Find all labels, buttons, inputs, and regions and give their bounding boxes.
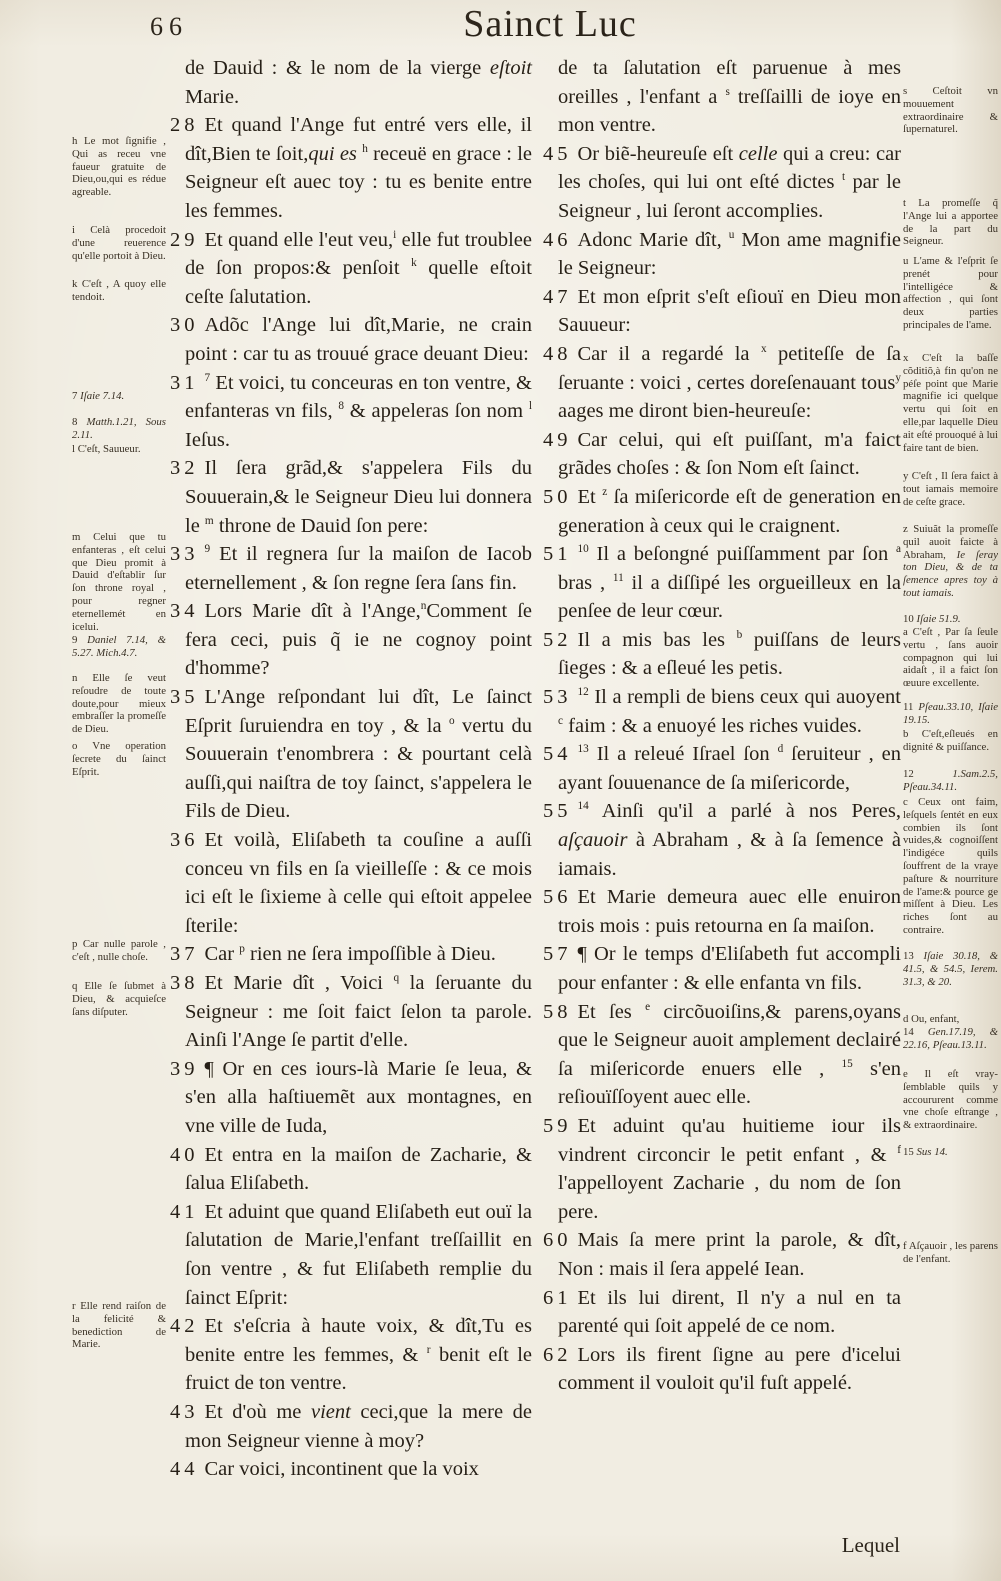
verse: 61Et ils lui dirent, Il n'y a nul en ta … — [543, 1284, 901, 1341]
verse-text: 7 Et voici, tu conceuras en ton ventre, … — [185, 372, 532, 451]
verse-text: Et mon eſprit s'eſt eſiouï en Dieu mon S… — [558, 286, 901, 337]
verse-number: 59 — [543, 1115, 578, 1137]
margin-note: p Car nulle parole , c'eſt , nulle choſe… — [72, 938, 166, 964]
verse-number: 43 — [170, 1401, 205, 1423]
page-title: Sainct Luc — [440, 2, 660, 46]
verse-text: Il ſera grãd,& s'appelera Fils du Souuer… — [185, 457, 532, 536]
verse: 5514 Ainſi qu'il a parlé à nos Peres, aſ… — [543, 797, 901, 883]
verse: 30Adõc l'Ange lui dît,Marie, ne crain po… — [170, 311, 532, 368]
verse-number: 44 — [170, 1458, 205, 1480]
margin-note: c Ceux ont faim, leſquels ſentét en eux … — [903, 796, 998, 937]
verse-text: Adõc l'Ange lui dît,Marie, ne crain poin… — [185, 314, 532, 365]
verse-text: Et quand l'Ange fut entré vers elle, il … — [185, 114, 532, 222]
verse-text: de Dauid : & le nom de la vierge eſtoit … — [185, 57, 532, 108]
verse-number: 55 — [543, 800, 578, 822]
margin-note: s Ceſtoit vn mouuement extraordinaire & … — [903, 85, 998, 136]
margin-note: y C'eſt , Il ſera faict à tout iamais me… — [903, 470, 998, 508]
verse-number: 29 — [170, 229, 205, 251]
verse-number: 38 — [170, 972, 205, 994]
verse-text: 12 Il a rempli de biens ceux qui auoyent… — [558, 686, 901, 737]
verse-number: 31 — [170, 372, 205, 394]
verse: 35L'Ange reſpondant lui dît, Le ſainct E… — [170, 683, 532, 826]
verse-number: 54 — [543, 743, 578, 765]
verse-number: 35 — [170, 686, 205, 708]
verse-number: 47 — [543, 286, 578, 308]
verse-text: Et quand elle l'eut veu,i elle fut troub… — [185, 229, 532, 308]
verse-number: 60 — [543, 1229, 578, 1251]
verse-number: 32 — [170, 457, 205, 479]
margin-note: u L'ame & l'eſprit ſe prenét pour l'inte… — [903, 255, 998, 332]
verse-text: Car voici, incontinent que la voix — [205, 1458, 479, 1480]
verse-text: Et entra en la maiſon de Zacharie, & ſal… — [185, 1144, 532, 1195]
margin-note: n Elle ſe veut reſoudre de toute doute,p… — [72, 672, 166, 736]
verse-text: Or biẽ-heureuſe eſt celle qui a creu: ca… — [558, 143, 901, 222]
verse: 42Et s'eſcria à haute voix, & dît,Tu es … — [170, 1312, 532, 1398]
margin-note: d Ou, enfant, — [903, 1013, 998, 1026]
verse: 339 Et il regnera ſur la maiſon de Iacob… — [170, 540, 532, 597]
verse: 34Lors Marie dît à l'Ange,nComment ſe fe… — [170, 597, 532, 683]
verse-text: de ta ſalutation eſt paruenue à mes orei… — [558, 57, 901, 136]
verse-number: 46 — [543, 229, 578, 251]
verse: de Dauid : & le nom de la vierge eſtoit … — [170, 54, 532, 111]
book-page: 66 Sainct Luc h Le mot ſignifie , Qui as… — [0, 0, 1001, 1581]
verse-number: 39 — [170, 1058, 205, 1080]
margin-note: 10 Iſaie 51.9. — [903, 613, 998, 626]
verse: 39¶ Or en ces iours-là Marie ſe leua, & … — [170, 1055, 532, 1141]
verse-text: Et s'eſcria à haute voix, & dît,Tu es be… — [185, 1315, 532, 1394]
verse-number: 40 — [170, 1144, 205, 1166]
verse-text: Adonc Marie dît, u Mon ame magnifie le S… — [558, 229, 901, 280]
margin-note: l C'eſt, Sauueur. — [72, 443, 166, 456]
verse: 56Et Marie demeura auec elle enuiron tro… — [543, 883, 901, 940]
verse: 45Or biẽ-heureuſe eſt celle qui a creu: … — [543, 140, 901, 226]
verse: 58Et ſes e circõuoiſins,& parens,oyans q… — [543, 998, 901, 1112]
margin-note: 15 Sus 14. — [903, 1146, 998, 1159]
margin-note: t La promeſſe q̃ l'Ange lui a apportee d… — [903, 197, 998, 248]
right-text-column: de ta ſalutation eſt paruenue à mes orei… — [543, 54, 901, 1398]
verse-number: 52 — [543, 629, 578, 651]
verse: 5110 Il a beſongné puiſſamment par ſon a… — [543, 540, 901, 626]
verse-text: 13 Il a releué Iſrael ſon d ſeruiteur , … — [558, 743, 901, 794]
margin-note: i Celà procedoit d'une reuerence qu'elle… — [72, 224, 166, 262]
verse-number: 36 — [170, 829, 205, 851]
verse-number: 50 — [543, 486, 578, 508]
verse-number: 34 — [170, 600, 205, 622]
verse-number: 58 — [543, 1001, 578, 1023]
margin-note: e Il eſt vray-ſemblable quils y accourur… — [903, 1068, 998, 1132]
verse-number: 61 — [543, 1287, 578, 1309]
verse-text: Il a mis bas les b puiſſans de leurs ſie… — [558, 629, 901, 680]
verse: 5312 Il a rempli de biens ceux qui auoye… — [543, 683, 901, 740]
margin-note: a C'eſt , Par ſa ſeule vertu , ſans auoi… — [903, 626, 998, 690]
verse-text: ¶ Or le temps d'Eliſabeth fut accompli p… — [558, 943, 901, 994]
margin-note: q Elle ſe ſubmet à Dieu, & acquieſce ſan… — [72, 980, 166, 1018]
verse-text: Lors Marie dît à l'Ange,nComment ſe fera… — [185, 600, 532, 679]
verse-text: Et ils lui dirent, Il n'y a nul en ta pa… — [558, 1287, 901, 1338]
verse-number: 57 — [543, 943, 578, 965]
verse: 57¶ Or le temps d'Eliſabeth fut accompli… — [543, 940, 901, 997]
verse: 50Et z ſa miſericorde eſt de generation … — [543, 483, 901, 540]
verse-text: Et voilà, Eliſabeth ta couſine a auſſi c… — [185, 829, 532, 937]
verse-text: Lors ils firent ſigne au pere d'icelui c… — [558, 1344, 901, 1395]
verse: 32Il ſera grãd,& s'appelera Fils du Souu… — [170, 454, 532, 540]
verse: 59Et aduint qu'au huitieme iour ils vind… — [543, 1112, 901, 1226]
verse-number: 51 — [543, 543, 578, 565]
margin-note: h Le mot ſignifie , Qui as receu vne fau… — [72, 135, 166, 199]
verse-text: Et z ſa miſericorde eſt de generation en… — [558, 486, 901, 537]
verse: de ta ſalutation eſt paruenue à mes orei… — [543, 54, 901, 140]
verse-text: L'Ange reſpondant lui dît, Le ſainct Eſp… — [185, 686, 532, 822]
verse-number: 62 — [543, 1344, 578, 1366]
margin-note: x C'eſt la baſſe cõditiõ,à fin qu'on ne … — [903, 352, 998, 454]
left-margin-notes: h Le mot ſignifie , Qui as receu vne fau… — [72, 0, 166, 1581]
margin-note: o Vne operation ſecrete du ſainct Eſprit… — [72, 740, 166, 778]
verse: 41Et aduint que quand Eliſabeth eut ouï … — [170, 1198, 532, 1312]
margin-note: 13 Iſaie 30.18, & 41.5, & 54.5, Ierem. 3… — [903, 950, 998, 988]
verse-text: Et Marie dît , Voici q la ſeruante du Se… — [185, 972, 532, 1051]
verse-number: 33 — [170, 543, 205, 565]
verse-text: Et Marie demeura auec elle enuiron trois… — [558, 886, 901, 937]
verse-number: 41 — [170, 1201, 205, 1223]
verse-text: ¶ Or en ces iours-là Marie ſe leua, & s'… — [185, 1058, 532, 1137]
margin-note: 14 Gen.17.19, & 22.16, Pſeau.13.11. — [903, 1026, 998, 1052]
margin-note: 8 Matth.1.21, Sous 2.11. — [72, 416, 166, 442]
verse: 49Car celui, qui eſt puiſſant, m'a faict… — [543, 426, 901, 483]
verse: 46Adonc Marie dît, u Mon ame magnifie le… — [543, 226, 901, 283]
verse-text: Mais ſa mere print la parole, & dît, Non… — [558, 1229, 901, 1280]
verse: 60Mais ſa mere print la parole, & dît, N… — [543, 1226, 901, 1283]
verse-number: 30 — [170, 314, 205, 336]
verse: 29Et quand elle l'eut veu,i elle fut tro… — [170, 226, 532, 312]
verse-text: 14 Ainſi qu'il a parlé à nos Peres, aſça… — [558, 800, 901, 879]
margin-note: 12 1.Sam.2.5, Pſeau.34.11. — [903, 768, 998, 794]
verse: 47Et mon eſprit s'eſt eſiouï en Dieu mon… — [543, 283, 901, 340]
verse-number: 49 — [543, 429, 578, 451]
verse: 37Car p rien ne ſera impoſſible à Dieu. — [170, 940, 532, 969]
verse-number: 48 — [543, 343, 578, 365]
verse-number: 28 — [170, 114, 205, 136]
verse: 40Et entra en la maiſon de Zacharie, & ſ… — [170, 1141, 532, 1198]
verse-text: Et aduint que quand Eliſabeth eut ouï la… — [185, 1201, 532, 1309]
verse: 5413 Il a releué Iſrael ſon d ſeruiteur … — [543, 740, 901, 797]
margin-note: 7 Iſaie 7.14. — [72, 390, 166, 403]
verse: 36Et voilà, Eliſabeth ta couſine a auſſi… — [170, 826, 532, 940]
verse-text: Et ſes e circõuoiſins,& parens,oyans que… — [558, 1001, 901, 1109]
verse-text: Car il a regardé la x petiteſſe de ſa ſe… — [558, 343, 901, 422]
verse: 52Il a mis bas les b puiſſans de leurs ſ… — [543, 626, 901, 683]
verse: 62Lors ils firent ſigne au pere d'icelui… — [543, 1341, 901, 1398]
verse-text: 10 Il a beſongné puiſſamment par ſon a b… — [558, 543, 901, 622]
margin-note: k C'eſt , A quoy elle tendoit. — [72, 278, 166, 304]
verse-number: 56 — [543, 886, 578, 908]
verse-text: Car p rien ne ſera impoſſible à Dieu. — [205, 943, 496, 965]
verse-text: Et aduint qu'au huitieme iour ils vindre… — [558, 1115, 901, 1223]
verse-text: 9 Et il regnera ſur la maiſon de Iacob e… — [185, 543, 532, 594]
verse-text: Et d'où me vient ceci,que la mere de mon… — [185, 1401, 532, 1452]
verse-number: 42 — [170, 1315, 205, 1337]
verse-number: 53 — [543, 686, 578, 708]
verse-number: 37 — [170, 943, 205, 965]
margin-note: z Suiuãt la promeſſe quil auoit faicte à… — [903, 523, 998, 600]
verse: 317 Et voici, tu conceuras en ton ventre… — [170, 369, 532, 455]
verse-text: Car celui, qui eſt puiſſant, m'a faict g… — [558, 429, 901, 480]
margin-note: m Celui que tu enfanteras , eſt celui qu… — [72, 531, 166, 633]
verse: 28Et quand l'Ange fut entré vers elle, i… — [170, 111, 532, 225]
right-margin-notes: s Ceſtoit vn mouuement extraordinaire & … — [903, 0, 998, 1581]
verse: 43Et d'où me vient ceci,que la mere de m… — [170, 1398, 532, 1455]
margin-note: b C'eſt,eſleués en dignité & puiſſance. — [903, 728, 998, 754]
left-text-column: de Dauid : & le nom de la vierge eſtoit … — [170, 54, 532, 1484]
verse-number: 45 — [543, 143, 578, 165]
catchword: Lequel — [790, 1533, 900, 1558]
verse: 38Et Marie dît , Voici q la ſeruante du … — [170, 969, 532, 1055]
verse: 44Car voici, incontinent que la voix — [170, 1455, 532, 1484]
margin-note: 9 Daniel 7.14, & 5.27. Mich.4.7. — [72, 634, 166, 660]
margin-note: 11 Pſeau.33.10, Iſaie 19.15. — [903, 701, 998, 727]
margin-note: r Elle rend raiſon de la felicité & bene… — [72, 1300, 166, 1351]
verse: 48Car il a regardé la x petiteſſe de ſa … — [543, 340, 901, 426]
margin-note: f Aſçauoir , les parens de l'enfant. — [903, 1240, 998, 1266]
